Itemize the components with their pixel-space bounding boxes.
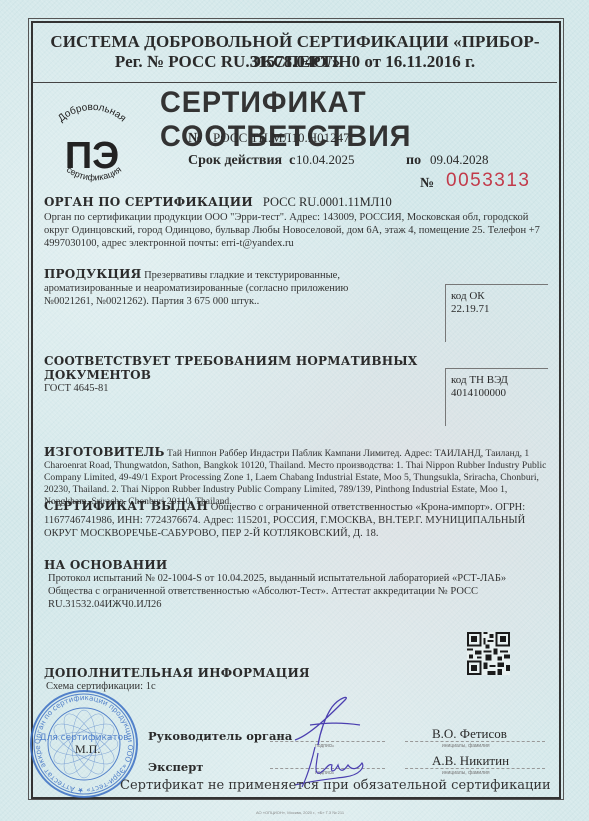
valid-from: 10.04.2025 (296, 152, 355, 168)
qr-code-icon[interactable] (467, 632, 510, 675)
certification-body-code: РОСС RU.0001.11МЛ10 (263, 195, 392, 209)
product-section: ПРОДУКЦИЯ Презервативы гладкие и текстур… (44, 268, 399, 308)
expert-name-caption: инициалы, фамилия (442, 770, 490, 776)
head-name-caption: инициалы, фамилия (442, 743, 490, 749)
manufacturer-heading: ИЗГОТОВИТЕЛЬ (44, 445, 165, 459)
certificate-number: РОСС TH.МЛ10.H01247 (213, 130, 350, 146)
certification-body-section: ОРГАН ПО СЕРТИФИКАЦИИ РОСС RU.0001.11МЛ1… (44, 193, 549, 250)
validity-label: Срок действия с (188, 153, 295, 169)
certification-body-text: Орган по сертификации продукции ООО "Эрр… (44, 211, 549, 250)
disclaimer: Сертификат не применяется при обязательн… (120, 778, 551, 793)
expert-name: А.В. Никитин (432, 753, 509, 769)
basis-text: Протокол испытаний № 02-1004-S от 10.04.… (44, 572, 549, 611)
okpd-code-box: код ОК 22.19.71 (445, 284, 548, 342)
svg-text:Добровольная: Добровольная (56, 102, 128, 124)
system-registration: Рег. № РОСС RU.31578.04ОЛН0 от 16.11.201… (33, 52, 557, 72)
certificate-number-label: № (188, 131, 202, 147)
valid-to-label: по (406, 153, 421, 169)
valid-to: 09.04.2028 (430, 152, 489, 168)
head-name: В.О. Фетисов (432, 726, 507, 742)
issued-to-heading: СЕРТИФИКАТ ВЫДАН (44, 499, 208, 513)
seal-place-label: М.П. (75, 742, 100, 757)
certification-body-heading: ОРГАН ПО СЕРТИФИКАЦИИ (44, 195, 253, 209)
footer-print-line: АО «ОПЦИОН», Москва, 2020 г., «Б» Т.З № … (200, 810, 400, 815)
okpd-code-label: код ОК (451, 290, 548, 303)
expert-label: Эксперт (148, 760, 203, 774)
conformity-heading: СООТВЕТСТВУЕТ ТРЕБОВАНИЯМ НОРМАТИВНЫХ ДО… (44, 354, 444, 382)
pe-logo-icon: Добровольная ПЭ сертификация (38, 98, 148, 190)
serial-number: 0053313 (446, 170, 530, 192)
basis-section: НА ОСНОВАНИИ Протокол испытаний № 02-100… (44, 558, 549, 611)
product-heading: ПРОДУКЦИЯ (44, 267, 141, 281)
basis-heading: НА ОСНОВАНИИ (44, 558, 549, 572)
serial-number-label: № (420, 176, 434, 192)
tnved-code-value: 4014100000 (451, 387, 548, 400)
issued-to-section: СЕРТИФИКАТ ВЫДАН Общество с ограниченной… (44, 500, 549, 540)
tnved-code-label: код ТН ВЭД (451, 374, 548, 387)
conformity-standard: ГОСТ 4645-81 (44, 382, 444, 395)
head-signature-icon (290, 695, 370, 750)
issued-to-text: ИНН: 7724376674. Адрес: 115201, РОССИЯ, … (44, 515, 525, 539)
additional-info-heading: ДОПОЛНИТЕЛЬНАЯ ИНФОРМАЦИЯ (44, 666, 444, 680)
okpd-code-value: 22.19.71 (451, 303, 548, 316)
header-divider (33, 82, 557, 83)
conformity-section: СООТВЕТСТВУЕТ ТРЕБОВАНИЯМ НОРМАТИВНЫХ ДО… (44, 354, 444, 395)
tnved-code-box: код ТН ВЭД 4014100000 (445, 368, 548, 426)
